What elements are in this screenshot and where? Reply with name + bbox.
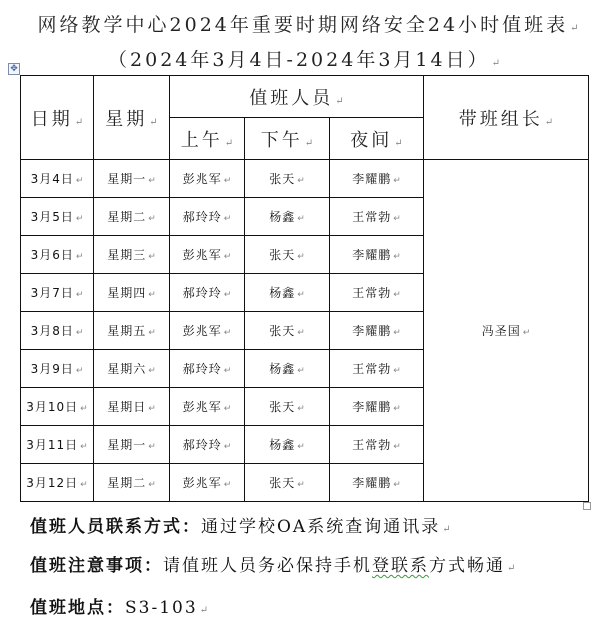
header-morning: 上午↵	[170, 118, 245, 160]
grammar-squiggle[interactable]: 登联系	[372, 556, 429, 576]
header-afternoon: 下午↵	[245, 118, 330, 160]
cell-afternoon: 杨鑫↵	[245, 274, 330, 312]
document-title: 网络教学中心2024年重要时期网络安全24小时值班表↵	[12, 10, 592, 37]
paragraph-mark-icon: ↵	[507, 563, 515, 574]
note-attention-value: 请值班人员务必保持手机	[163, 556, 372, 576]
cell-leader: 冯圣国↵	[424, 160, 589, 502]
cell-weekday: 星期四↵	[94, 274, 170, 312]
cell-night: 李耀鹏↵	[330, 160, 424, 198]
cell-date: 3月11日↵	[21, 426, 94, 464]
note-contact: 值班人员联系方式：通过学校OA系统查询通讯录↵	[30, 512, 451, 537]
cell-afternoon: 张天↵	[245, 160, 330, 198]
cell-weekday: 星期三↵	[94, 236, 170, 274]
cell-afternoon: 杨鑫↵	[245, 426, 330, 464]
cell-night: 李耀鹏↵	[330, 312, 424, 350]
header-staff: 值班人员↵	[170, 76, 424, 118]
cell-morning: 彭兆军↵	[170, 236, 245, 274]
note-location: 值班地点：S3-103↵	[30, 593, 208, 618]
cell-night: 王常勃↵	[330, 350, 424, 388]
cell-night: 王常勃↵	[330, 426, 424, 464]
cell-afternoon: 张天↵	[245, 312, 330, 350]
cell-weekday: 星期六↵	[94, 350, 170, 388]
table-resize-handle-icon[interactable]	[583, 502, 591, 510]
cell-afternoon: 杨鑫↵	[245, 198, 330, 236]
table-row: 3月4日↵ 星期一↵ 彭兆军↵ 张天↵ 李耀鹏↵ 冯圣国↵	[21, 160, 589, 198]
cell-date: 3月8日↵	[21, 312, 94, 350]
cell-weekday: 星期一↵	[94, 426, 170, 464]
cell-afternoon: 张天↵	[245, 464, 330, 502]
cell-night: 王常勃↵	[330, 274, 424, 312]
cell-weekday: 星期日↵	[94, 388, 170, 426]
note-contact-label: 值班人员联系方式：	[30, 517, 201, 537]
header-weekday: 星期↵	[94, 76, 170, 160]
duty-table: 日期↵ 星期↵ 值班人员↵ 带班组长↵ 上午↵ 下午↵ 夜间↵ 3月4日↵ 星期…	[20, 75, 589, 502]
header-leader: 带班组长↵	[424, 76, 589, 160]
cell-morning: 彭兆军↵	[170, 312, 245, 350]
title-text: 网络教学中心2024年重要时期网络安全24小时值班表	[38, 14, 569, 36]
cell-night: 李耀鹏↵	[330, 236, 424, 274]
cell-date: 3月10日↵	[21, 388, 94, 426]
subtitle-text: （2024年3月4日-2024年3月14日）	[108, 49, 490, 71]
cell-weekday: 星期一↵	[94, 160, 170, 198]
cell-morning: 彭兆军↵	[170, 388, 245, 426]
note-contact-value: 通过学校OA系统查询通讯录	[201, 517, 440, 537]
cell-date: 3月4日↵	[21, 160, 94, 198]
cell-morning: 彭兆军↵	[170, 464, 245, 502]
cell-morning: 郝玲玲↵	[170, 274, 245, 312]
cell-date: 3月5日↵	[21, 198, 94, 236]
note-attention: 值班注意事项：请值班人员务必保持手机登联系方式畅通↵	[30, 551, 515, 576]
cell-date: 3月6日↵	[21, 236, 94, 274]
cell-date: 3月7日↵	[21, 274, 94, 312]
note-location-label: 值班地点：	[30, 598, 125, 618]
cell-weekday: 星期二↵	[94, 464, 170, 502]
document-subtitle: （2024年3月4日-2024年3月14日）↵	[8, 45, 592, 72]
paragraph-mark-icon: ↵	[492, 58, 500, 69]
cell-night: 王常勃↵	[330, 198, 424, 236]
paragraph-mark-icon: ↵	[442, 524, 450, 535]
cell-date: 3月12日↵	[21, 464, 94, 502]
table-move-handle-icon[interactable]: ✥	[8, 63, 20, 75]
paragraph-mark-icon: ↵	[200, 605, 208, 616]
header-date: 日期↵	[21, 76, 94, 160]
cell-date: 3月9日↵	[21, 350, 94, 388]
header-night: 夜间↵	[330, 118, 424, 160]
note-attention-value-end: 方式畅通	[429, 556, 505, 576]
cell-morning: 郝玲玲↵	[170, 198, 245, 236]
cell-afternoon: 张天↵	[245, 236, 330, 274]
cell-night: 李耀鹏↵	[330, 388, 424, 426]
cell-morning: 郝玲玲↵	[170, 350, 245, 388]
cell-weekday: 星期二↵	[94, 198, 170, 236]
cell-afternoon: 杨鑫↵	[245, 350, 330, 388]
cell-afternoon: 张天↵	[245, 388, 330, 426]
cell-morning: 彭兆军↵	[170, 160, 245, 198]
cell-night: 李耀鹏↵	[330, 464, 424, 502]
note-location-value: S3-103	[125, 598, 198, 618]
cell-morning: 郝玲玲↵	[170, 426, 245, 464]
note-attention-label: 值班注意事项：	[30, 556, 163, 576]
cell-weekday: 星期五↵	[94, 312, 170, 350]
paragraph-mark-icon: ↵	[570, 23, 578, 34]
